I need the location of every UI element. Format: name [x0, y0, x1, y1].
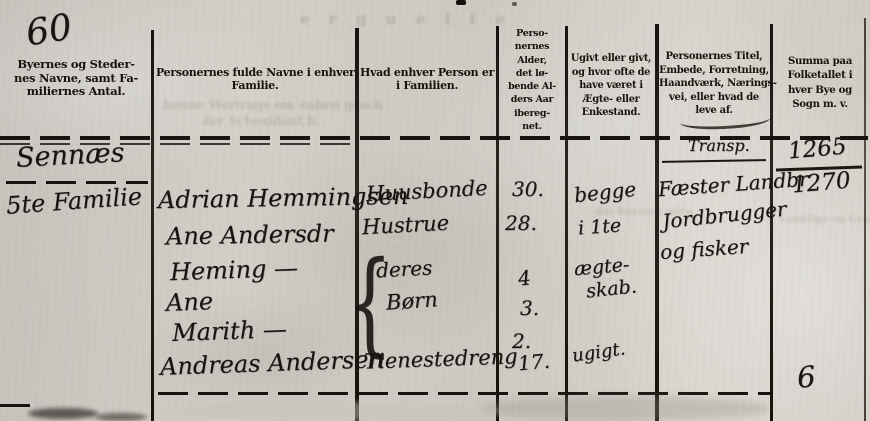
occupation-line: Jordbrugger	[661, 197, 787, 234]
person-role: Hustrue	[361, 211, 449, 240]
summa-family-count: 6	[796, 359, 817, 394]
person-role: deres	[375, 256, 432, 283]
scan-shadow	[160, 402, 500, 421]
census-scan-page: e r g u e l f e henne Wertrags om enben …	[0, 0, 870, 421]
header-names-column: Personernes fulde Navne i enhver Familie…	[156, 66, 354, 92]
person-name: Ane	[166, 287, 214, 317]
person-role: Tienestedreng	[364, 344, 518, 373]
ghost-text-right: Samtliga og Grun	[778, 214, 870, 225]
ghost-text-top: e r g u e l f e	[300, 10, 512, 28]
person-age: 30.	[512, 177, 544, 201]
person-age: 3.	[520, 296, 539, 320]
ghost-text-mid-left-2: der Schexidant b.	[202, 114, 320, 128]
marital-status-line: i 1te	[577, 215, 622, 240]
ink-smudge	[28, 408, 98, 419]
person-name: Ane Andersdr	[166, 220, 334, 251]
marital-status-servant: ugigt.	[571, 338, 627, 366]
person-role: Huusbonde	[365, 176, 488, 206]
header-places-column: Byernes og Steder- nes Navne, samt Fa- m…	[2, 58, 150, 99]
ghost-text-mid-left-1: henne Wertrags om enben gesch	[163, 98, 383, 112]
person-age: 28.	[505, 211, 537, 235]
header-role-column: Hvad enhver Person er i Familien.	[360, 66, 494, 92]
marital-status-line: skab.	[585, 275, 638, 302]
transport-label: Transp.	[688, 136, 750, 155]
header-occupation-column: Personernes Titel, Embede, Forretning, H…	[659, 50, 769, 118]
transport-underline	[662, 159, 766, 163]
person-age: 4	[517, 265, 532, 290]
bottom-rule	[158, 392, 770, 395]
person-name: Marith —	[172, 315, 288, 347]
ink-speck	[512, 2, 517, 6]
header-marital-column: Ugivt eller givt, og hvor ofte de have v…	[568, 52, 654, 120]
bottom-left-rule-fragment	[0, 404, 40, 407]
page-number: 60	[23, 7, 75, 55]
person-name: Heming —	[170, 254, 299, 286]
header-age-column: Perso- nernes Alder, det lø- bende Al- d…	[500, 27, 564, 133]
person-age: 17.	[517, 349, 551, 376]
column-rule-1	[151, 30, 154, 421]
ink-speck	[456, 0, 466, 5]
header-summa-column: Summa paa Folketallet i hver Bye og Sogn…	[774, 54, 866, 112]
occupation-line: og fisker	[659, 234, 749, 264]
place-name: Sennæs	[15, 137, 125, 174]
occupation-line: Fæster Landbr	[657, 167, 809, 201]
ink-smudge	[95, 413, 147, 421]
scan-shadow	[480, 396, 770, 421]
person-role: Børn	[385, 287, 438, 315]
summa-running-total: 1270	[791, 167, 852, 198]
family-number: 5te Familie	[5, 182, 143, 219]
summa-transport-value: 1265	[787, 133, 848, 164]
marital-status-line: begge	[573, 177, 637, 207]
